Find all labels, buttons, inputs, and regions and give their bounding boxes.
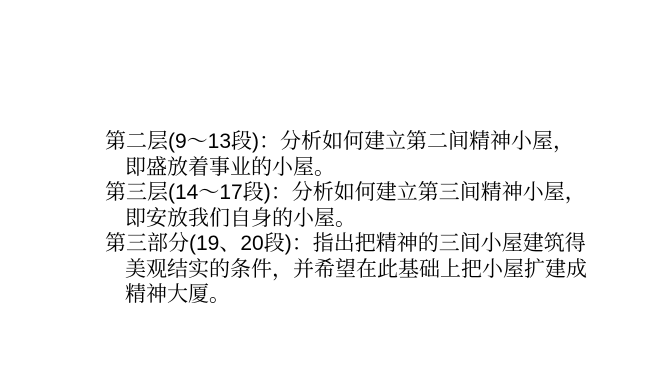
text-line: 精神大厦。 — [105, 282, 580, 308]
paragraph: 第二层(9～13段)：分析如何建立第二间精神小屋，即盛放着事业的小屋。 — [105, 129, 580, 180]
text-line: 第三层(14～17段)：分析如何建立第三间精神小屋， — [105, 180, 580, 206]
slide-canvas: 第二层(9～13段)：分析如何建立第二间精神小屋，即盛放着事业的小屋。第三层(1… — [0, 0, 668, 376]
paragraph: 第三部分(19、20段)：指出把精神的三间小屋建筑得美观结实的条件，并希望在此基… — [105, 231, 580, 308]
text-line: 即盛放着事业的小屋。 — [105, 155, 580, 181]
text-line: 即安放我们自身的小屋。 — [105, 206, 580, 232]
text-line: 第三部分(19、20段)：指出把精神的三间小屋建筑得 — [105, 231, 580, 257]
text-line: 美观结实的条件，并希望在此基础上把小屋扩建成 — [105, 257, 580, 283]
text-line: 第二层(9～13段)：分析如何建立第二间精神小屋， — [105, 129, 580, 155]
slide-text-block: 第二层(9～13段)：分析如何建立第二间精神小屋，即盛放着事业的小屋。第三层(1… — [105, 129, 580, 308]
paragraph: 第三层(14～17段)：分析如何建立第三间精神小屋，即安放我们自身的小屋。 — [105, 180, 580, 231]
